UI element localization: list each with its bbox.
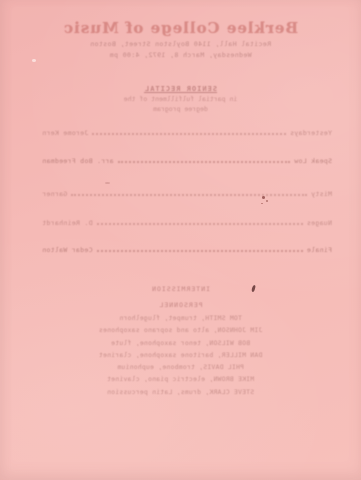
program-piece: Yesterdays [290,129,332,137]
venue-address: Recital Hall, 1140 Boylston Street, Bost… [0,40,361,48]
smudge-mark [105,182,110,184]
program-credit: D. Reinhardt [42,219,93,227]
program-row: Speak Lowarr. Bob Freedman [42,157,332,165]
program-credit: Cedar Walton [42,246,93,254]
personnel-line: DAN MILLER, baritone saxophone, clarinet [0,350,361,362]
program-row: YesterdaysJerome Kern [42,129,332,137]
ink-speck [261,203,263,204]
scanned-page: { "paper": { "color": "#f5b9b5", "ink_sh… [0,0,361,480]
personnel-list: TOM SMITH, trumpet, flugelhornJIM JOHNSO… [0,313,361,399]
personnel-line: STEVE CLARK, drums, Latin percussion [0,387,361,399]
personnel-line: TOM SMITH, trumpet, flugelhorn [0,313,361,325]
recital-title: SENIOR RECITAL [0,85,361,93]
dotted-leader [118,160,290,163]
personnel-line: BOB WILSON, tenor saxophone, flute [0,338,361,350]
personnel-line: MIKE BROWN, electric piano, clavinet [0,374,361,386]
personnel-line: JIM JOHNSON, alto and soprano saxophones [0,325,361,337]
program-credit: Garner [42,190,67,198]
program-piece: Speak Low [294,157,332,165]
program-piece: Misty [311,190,332,198]
program-piece: Nuages [307,219,332,227]
program-row: FinaleCedar Walton [42,246,332,254]
ink-speck [262,196,265,199]
personnel-heading: PERSONNEL [0,301,361,309]
paper-flaw-speck [32,59,36,62]
ink-speck [266,200,268,202]
recital-subtitle: in partial fulfillment of the [0,95,361,103]
dotted-leader [71,193,307,196]
program-credit: arr. Bob Freedman [42,157,114,165]
print-through-layer: Berklee College of Music Recital Hall, 1… [0,0,361,480]
event-datetime: Wednesday, March 8, 1972, 4:00 pm [0,51,361,59]
dotted-leader [97,249,303,252]
intermission-label: INTERMISSION [0,285,361,293]
dotted-leader [92,132,286,135]
program-row: MistyGarner [42,190,332,198]
school-name: Berklee College of Music [0,19,361,37]
dotted-leader [97,222,303,225]
header-block: Berklee College of Music Recital Hall, 1… [0,19,361,59]
program-piece: Finale [307,246,332,254]
program-row: NuagesD. Reinhardt [42,219,332,227]
recital-subtitle-2: degree program [0,105,361,113]
program-credit: Jerome Kern [42,129,88,137]
recital-title-block: SENIOR RECITAL in partial fulfillment of… [0,85,361,113]
personnel-line: PHIL DAVIS, trombone, euphonium [0,362,361,374]
